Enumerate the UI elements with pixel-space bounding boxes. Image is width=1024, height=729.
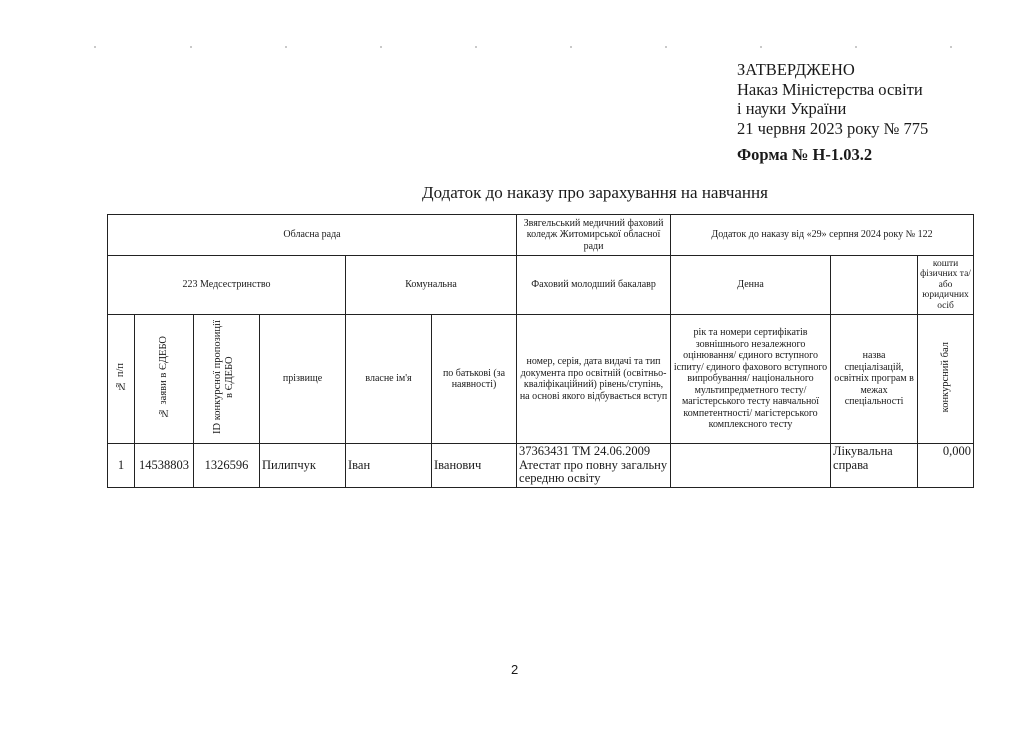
cell-first-name: Іван <box>346 444 432 488</box>
cell-surname: Пилипчук <box>260 444 346 488</box>
column-headers-row: № п/п № заяви в ЄДЕБО ID конкурсної проп… <box>108 315 974 444</box>
cell-specialization: Лікувальна справа <box>831 444 918 488</box>
scan-dot <box>285 46 287 48</box>
scan-dot <box>94 46 96 48</box>
order-reference-cell: Додаток до наказу від «29» серпня 2024 р… <box>671 215 974 256</box>
cell-offer-id: 1326596 <box>194 444 260 488</box>
scan-dot <box>950 46 952 48</box>
header-score: конкурсний бал <box>918 315 974 444</box>
enrollment-table: Обласна рада Звягельський медичний фахов… <box>107 214 974 488</box>
regional-council-cell: Обласна рада <box>108 215 517 256</box>
header-patronymic: по батькові (за наявності) <box>432 315 517 444</box>
table-header-row-2: 223 Медсестринство Комунальна Фаховий мо… <box>108 256 974 315</box>
header-surname: прізвище <box>260 315 346 444</box>
header-first-name: власне ім'я <box>346 315 432 444</box>
scan-dot <box>570 46 572 48</box>
study-form-cell: Денна <box>671 256 831 315</box>
table-row: 1 14538803 1326596 Пилипчук Іван Іванови… <box>108 444 974 488</box>
approval-line: Наказ Міністерства освіти <box>737 80 928 100</box>
document-title: Додаток до наказу про зарахування на нав… <box>0 183 1024 203</box>
approval-line: 21 червня 2023 року № 775 <box>737 119 928 139</box>
scan-dot <box>665 46 667 48</box>
cell-document: 37363431 ТМ 24.06.2009 Атестат про повну… <box>517 444 671 488</box>
cell-score: 0,000 <box>918 444 974 488</box>
scan-dot <box>380 46 382 48</box>
cell-row-number: 1 <box>108 444 135 488</box>
empty-cell <box>831 256 918 315</box>
ownership-cell: Комунальна <box>346 256 517 315</box>
scan-dot <box>190 46 192 48</box>
header-document: номер, серія, дата видачі та тип докумен… <box>517 315 671 444</box>
page-number: 2 <box>511 662 518 677</box>
header-offer-id: ID конкурсної пропозиції в ЄДЕБО <box>194 315 260 444</box>
funding-cell: кошти фізичних та/або юридичних осіб <box>918 256 974 315</box>
institution-cell: Звягельський медичний фаховий коледж Жит… <box>517 215 671 256</box>
header-row-number: № п/п <box>108 315 135 444</box>
scan-dot <box>475 46 477 48</box>
approval-stamp: ЗАТВЕРДЖЕНО Наказ Міністерства освіти і … <box>737 60 928 138</box>
header-specialization: назва спеціалізацій, освітніх програм в … <box>831 315 918 444</box>
form-number: Форма № Н-1.03.2 <box>737 145 872 165</box>
table-header-row-1: Обласна рада Звягельський медичний фахов… <box>108 215 974 256</box>
degree-cell: Фаховий молодший бакалавр <box>517 256 671 315</box>
scan-dot <box>760 46 762 48</box>
specialty-cell: 223 Медсестринство <box>108 256 346 315</box>
cell-certificates <box>671 444 831 488</box>
cell-application-number: 14538803 <box>135 444 194 488</box>
cell-patronymic: Іванович <box>432 444 517 488</box>
approval-line: ЗАТВЕРДЖЕНО <box>737 60 928 80</box>
approval-line: і науки України <box>737 99 928 119</box>
header-certificates: рік та номери сертифікатів зовнішнього н… <box>671 315 831 444</box>
header-application-number: № заяви в ЄДЕБО <box>135 315 194 444</box>
scan-dot <box>855 46 857 48</box>
